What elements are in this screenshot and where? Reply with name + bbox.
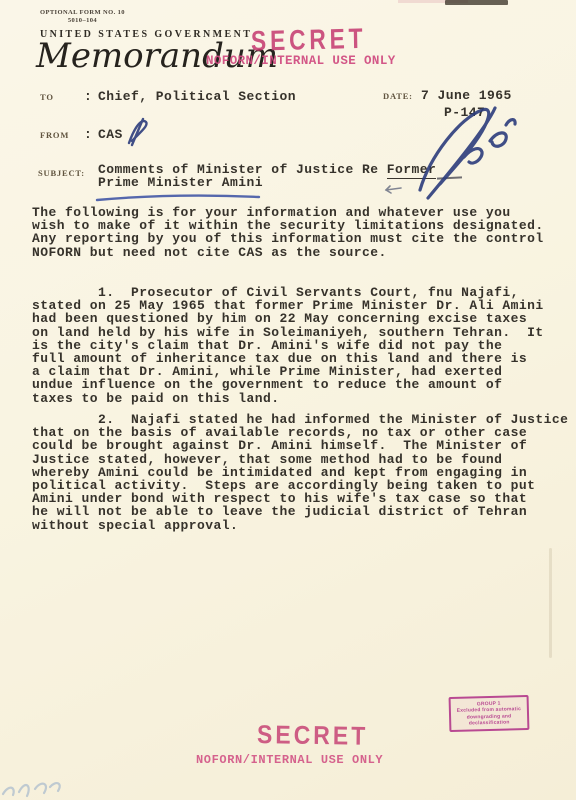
from-value: CAS <box>98 127 123 142</box>
blue-pen-underline <box>95 192 263 204</box>
redaction-strip <box>445 0 508 5</box>
to-value: Chief, Political Section <box>98 89 296 104</box>
to-label: TO <box>40 92 54 102</box>
noforn-stamp-top: NOFORN/INTERNAL USE ONLY <box>206 54 396 68</box>
handwritten-initial-mark <box>125 116 153 148</box>
handwritten-signature <box>398 96 533 211</box>
secret-stamp-bottom: SECRET <box>257 720 369 752</box>
corner-scribble <box>0 762 78 800</box>
noforn-stamp-bottom: NOFORN/INTERNAL USE ONLY <box>196 753 383 767</box>
subject-label: SUBJECT: <box>38 168 85 178</box>
form-number: OPTIONAL FORM NO. 105010–104 <box>40 9 125 24</box>
paper-crease <box>549 548 552 658</box>
to-colon: : <box>84 89 92 104</box>
form-number-line1: OPTIONAL FORM NO. 10 <box>40 9 125 16</box>
form-number-line2: 5010–104 <box>68 17 97 24</box>
paragraph-1: 1. Prosecutor of Civil Servants Court, f… <box>32 286 544 405</box>
from-label: FROM <box>40 130 69 140</box>
paragraph-2: 2. Najafi stated he had informed the Min… <box>32 413 568 532</box>
group1-declassification-stamp: GROUP 1 Excluded from automatic downgrad… <box>449 695 530 732</box>
intro-paragraph: The following is for your information an… <box>32 206 544 259</box>
subject-line2: Prime Minister Amini <box>98 175 263 190</box>
memo-document: OPTIONAL FORM NO. 105010–104 UNITED STAT… <box>0 0 576 800</box>
from-colon: : <box>84 127 92 142</box>
